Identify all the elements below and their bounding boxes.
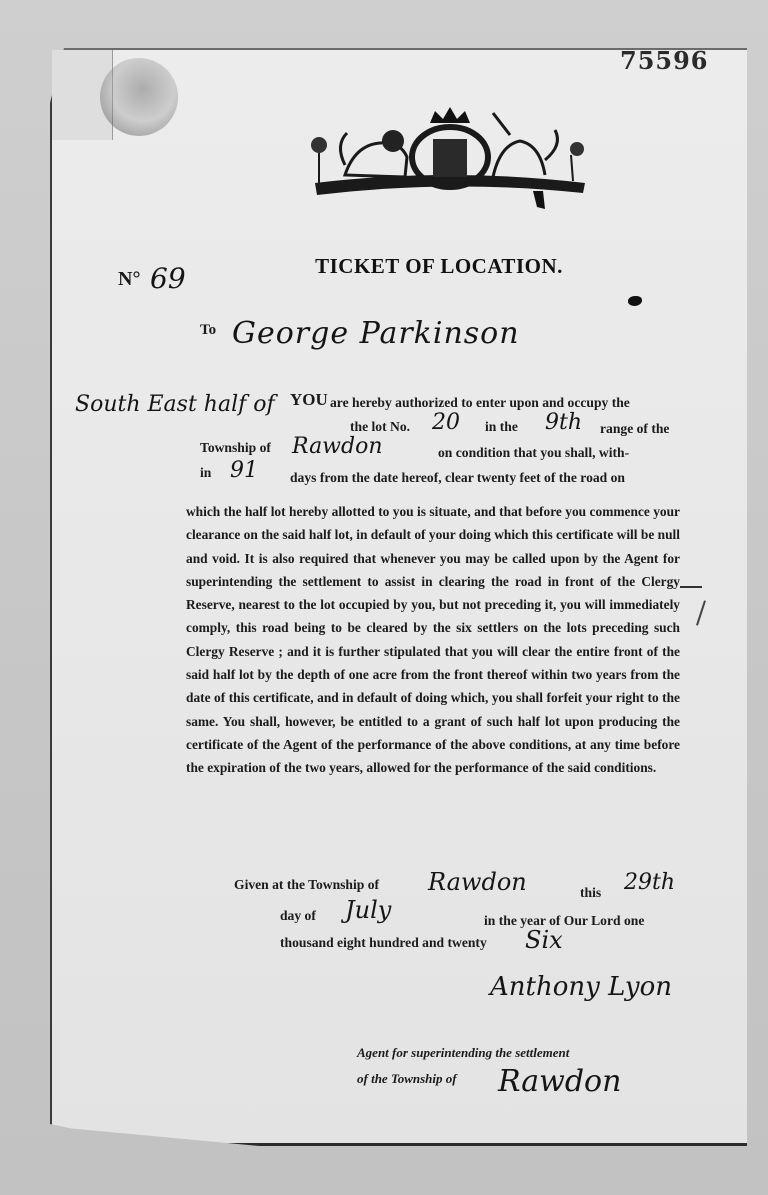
opening-you: YOU xyxy=(290,390,328,410)
royal-coat-of-arms-icon xyxy=(305,105,595,215)
within-label: in xyxy=(200,465,211,481)
range-suffix: range of the xyxy=(600,421,669,437)
agent-township: Rawdon xyxy=(498,1064,621,1099)
conditions-body: which the half lot hereby allotted to yo… xyxy=(186,500,680,780)
days-value: 91 xyxy=(230,458,258,483)
year-word: Six xyxy=(525,926,563,954)
given-day: 29th xyxy=(624,870,675,895)
range-label: in the xyxy=(485,419,518,435)
given-at-label: Given at the Township of xyxy=(234,877,379,893)
document-title: TICKET OF LOCATION. xyxy=(0,254,768,279)
agent-line-1: Agent for superintending the settlement xyxy=(357,1040,569,1066)
opening-line-1: are hereby authorized to enter upon and … xyxy=(330,395,630,411)
lot-number: 20 xyxy=(432,410,460,435)
range-number: 9th xyxy=(545,410,582,435)
margin-note: South East half of xyxy=(75,392,275,417)
days-text: days from the date hereof, clear twenty … xyxy=(290,470,625,486)
year-label: in the year of Our Lord one xyxy=(484,913,644,929)
agent-signature: Anthony Lyon xyxy=(490,972,672,1002)
year-text: thousand eight hundred and twenty xyxy=(280,935,487,951)
given-township: Rawdon xyxy=(428,868,527,896)
given-month: July xyxy=(345,896,391,924)
margin-tick xyxy=(680,586,702,588)
recipient-label: To xyxy=(200,322,216,339)
day-of-label: day of xyxy=(280,908,316,924)
township-label: Township of xyxy=(200,440,271,456)
water-stain xyxy=(100,58,178,136)
condition-text: on condition that you shall, with- xyxy=(438,445,629,461)
lot-label: the lot No. xyxy=(350,419,410,435)
this-label: this xyxy=(580,885,601,901)
township-name: Rawdon xyxy=(292,434,383,459)
archive-number: 75596 xyxy=(620,46,709,75)
recipient-name: George Parkinson xyxy=(232,316,520,351)
